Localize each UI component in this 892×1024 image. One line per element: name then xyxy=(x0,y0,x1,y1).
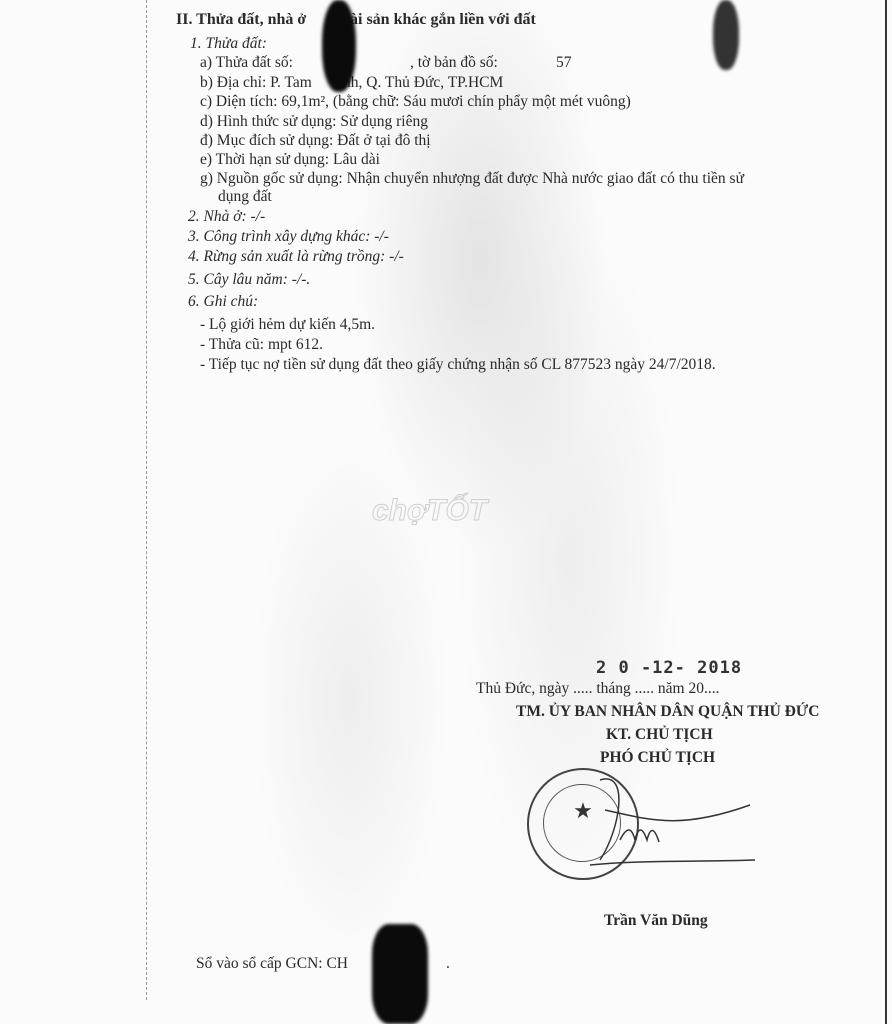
star-icon: ★ xyxy=(529,798,637,824)
item5-perennial: 5. Cây lâu năm: -/-. xyxy=(188,271,310,289)
section-heading-part2: ài sản khác gắn liền với đất xyxy=(350,11,536,29)
signature xyxy=(560,770,760,880)
role-vice-chairman: PHÓ CHỦ TỊCH xyxy=(600,749,715,767)
usage-form-line: d) Hình thức sử dụng: Sử dụng riêng xyxy=(200,113,428,131)
address-label: b) Địa chỉ: P. Tam xyxy=(200,74,312,92)
note-3: - Tiếp tục nợ tiền sử dụng đất theo giấy… xyxy=(200,356,716,374)
scan-noise xyxy=(150,0,880,1000)
watermark-logo: chợTỐT xyxy=(372,494,487,528)
usage-term-line: e) Thời hạn sử dụng: Lâu dài xyxy=(200,151,380,169)
parcel-number-label: a) Thửa đất số: xyxy=(200,54,293,72)
item2-house: 2. Nhà ở: -/- xyxy=(188,208,265,226)
note-2: - Thửa cũ: mpt 612. xyxy=(200,336,323,354)
page-border-right xyxy=(885,0,887,1024)
role-chairman: KT. CHỦ TỊCH xyxy=(606,726,713,744)
registry-number-label: Sổ vào sổ cấp GCN: CH xyxy=(196,955,348,973)
page-border-left xyxy=(146,0,148,1000)
place-date: Thủ Đức, ngày ..... tháng ..... năm 20..… xyxy=(476,680,719,698)
signer-name: Trần Văn Dũng xyxy=(604,912,708,930)
note-1: - Lộ giới hẻm dự kiến 4,5m. xyxy=(200,316,375,334)
document-page: II. Thửa đất, nhà ở ài sản khác gắn liền… xyxy=(0,0,892,1024)
issuing-authority: TM. ỦY BAN NHÂN DÂN QUẬN THỦ ĐỨC xyxy=(516,703,819,721)
item4-forest: 4. Rừng sản xuất là rừng trồng: -/- xyxy=(188,248,404,266)
section-heading-part1: II. Thửa đất, nhà ở xyxy=(176,11,306,29)
item3-other-construction: 3. Công trình xây dựng khác: -/- xyxy=(188,228,389,246)
item6-notes-title: 6. Ghi chú: xyxy=(188,293,258,311)
map-sheet-value: 57 xyxy=(556,54,572,72)
usage-purpose-line: đ) Mục đích sử dụng: Đất ở tại đô thị xyxy=(200,132,431,150)
redaction-top xyxy=(322,0,356,92)
address-rest: nh, Q. Thủ Đức, TP.HCM xyxy=(343,74,503,92)
area-line: c) Diện tích: 69,1m², (bằng chữ: Sáu mươ… xyxy=(200,93,631,111)
registry-suffix: . xyxy=(446,955,450,973)
redaction-registry xyxy=(372,924,428,1024)
origin-line-1: g) Nguồn gốc sử dụng: Nhận chuyển nhượng… xyxy=(200,170,744,188)
redaction-top-right xyxy=(713,0,739,70)
item1-title: 1. Thửa đất: xyxy=(190,35,267,53)
origin-line-2: dụng đất xyxy=(218,188,272,206)
date-stamp: 2 0 -12- 2018 xyxy=(596,658,742,678)
map-sheet-label: , tờ bản đồ số: xyxy=(410,54,498,72)
